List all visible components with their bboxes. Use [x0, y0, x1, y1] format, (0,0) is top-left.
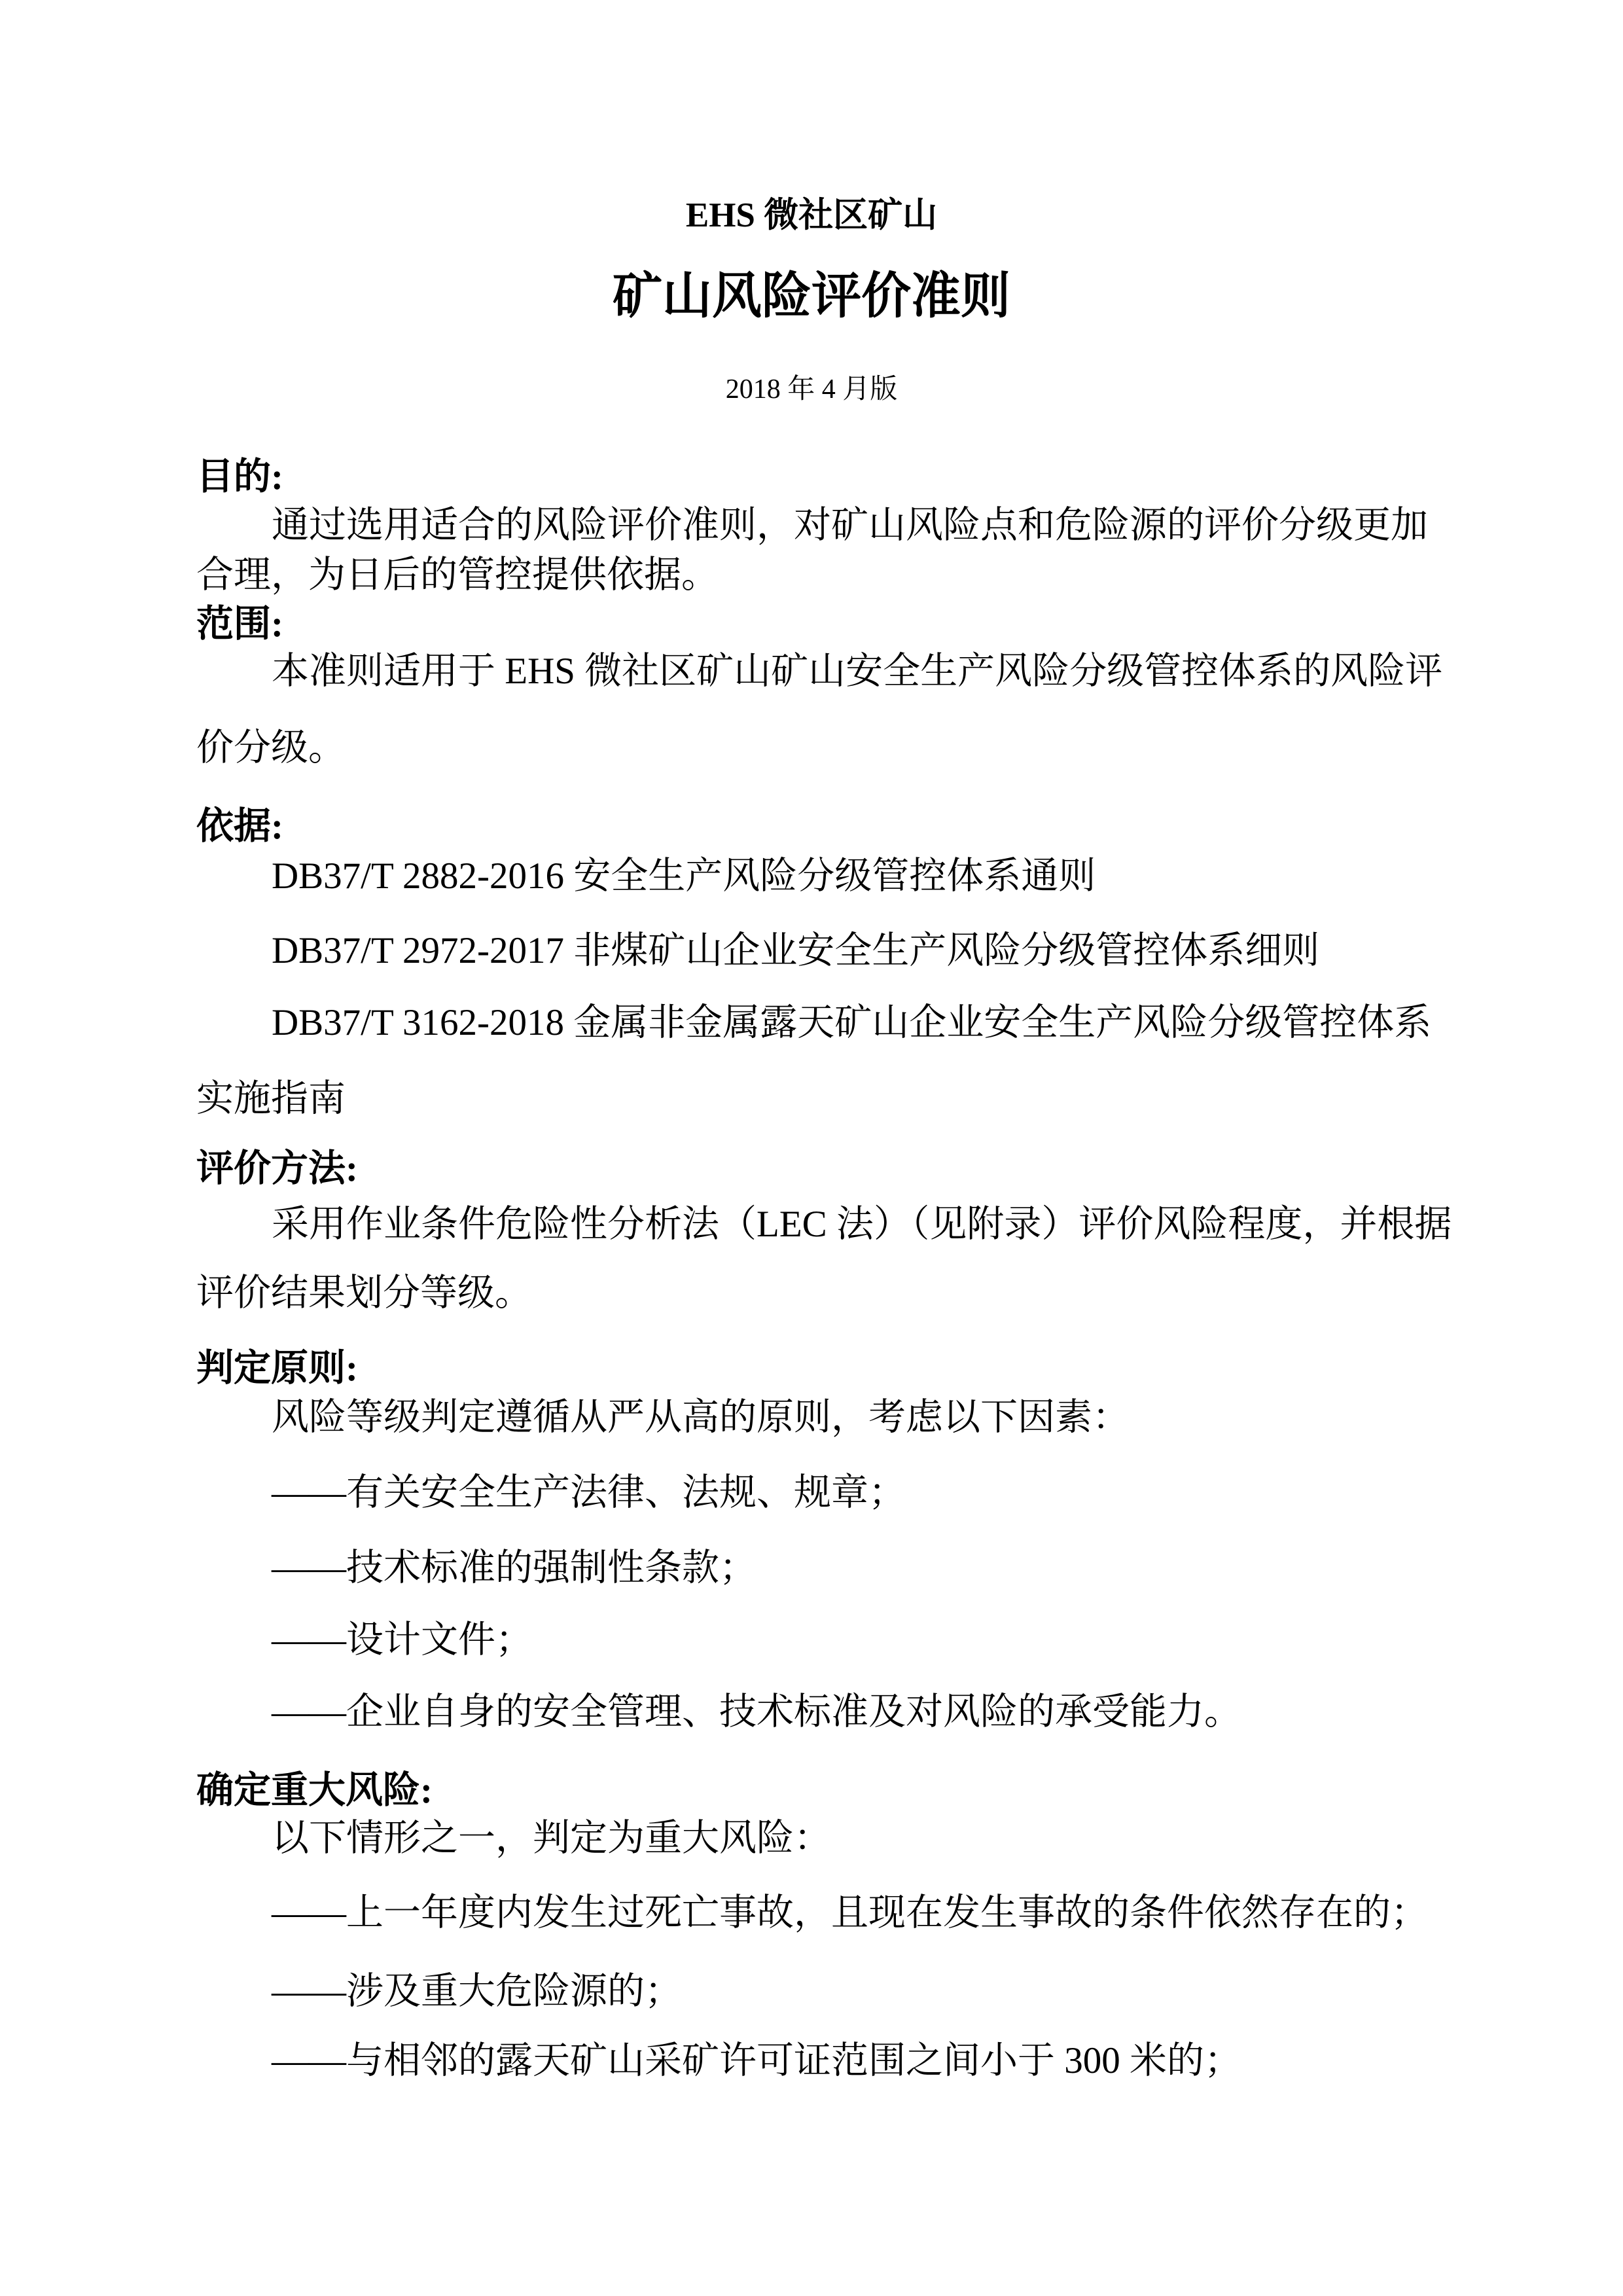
body-line: 评价结果划分等级。	[196, 1274, 532, 1312]
body-line: DB37/T 3162-2018 金属非金属露天矿山企业安全生产风险分级管控体系	[272, 1004, 1431, 1041]
body-line: 通过选用适合的风险评价准则，对矿山风险点和危险源的评价分级更加	[272, 507, 1428, 544]
body-line: DB37/T 2882-2016 安全生产风险分级管控体系通则	[272, 857, 1096, 895]
body-line: 价分级。	[196, 729, 346, 766]
body-line: ——企业自身的安全管理、技术标准及对风险的承受能力。	[272, 1693, 1241, 1731]
body-line: ——有关安全生产法律、法规、规章；	[272, 1474, 906, 1511]
body-line: ——上一年度内发生过死亡事故，且现在发生事故的条件依然存在的；	[272, 1894, 1428, 1931]
body-line: 采用作业条件危险性分析法（LEC 法）（见附录）评价风险程度，并根据	[272, 1206, 1452, 1243]
body-line: 本准则适用于 EHS 微社区矿山矿山安全生产风险分级管控体系的风险评	[272, 653, 1442, 690]
section-heading-major-risk: 确定重大风险:	[196, 1772, 433, 1809]
body-line: 合理，为日后的管控提供依据。	[196, 556, 719, 594]
org-title: EHS 微社区矿山	[0, 198, 1623, 233]
body-line: ——设计文件；	[272, 1621, 533, 1659]
body-line: ——技术标准的强制性条款；	[272, 1549, 757, 1587]
section-heading-method: 评价方法:	[196, 1150, 358, 1187]
body-line: 以下情形之一，判定为重大风险：	[272, 1820, 831, 1857]
body-line: 风险等级判定遵循从严从高的原则，考虑以下因素：	[272, 1399, 1130, 1436]
body-line: ——与相邻的露天矿山采矿许可证范围之间小于 300 米的；	[272, 2042, 1241, 2079]
page-title: 矿山风险评价准则	[0, 272, 1623, 321]
section-heading-basis: 依据:	[196, 808, 283, 845]
body-line: DB37/T 2972-2017 非煤矿山企业安全生产风险分级管控体系细则	[272, 932, 1319, 969]
section-heading-purpose: 目的:	[196, 458, 283, 495]
body-line: ——涉及重大危险源的；	[272, 1973, 682, 2010]
section-heading-scope: 范围:	[196, 605, 283, 643]
version-label: 2018 年 4 月版	[0, 376, 1623, 403]
document-page: EHS 微社区矿山 矿山风险评价准则 2018 年 4 月版 目的: 通过选用适…	[0, 0, 1623, 2296]
section-heading-principles: 判定原则:	[196, 1350, 358, 1387]
body-line: 实施指南	[196, 1080, 346, 1117]
